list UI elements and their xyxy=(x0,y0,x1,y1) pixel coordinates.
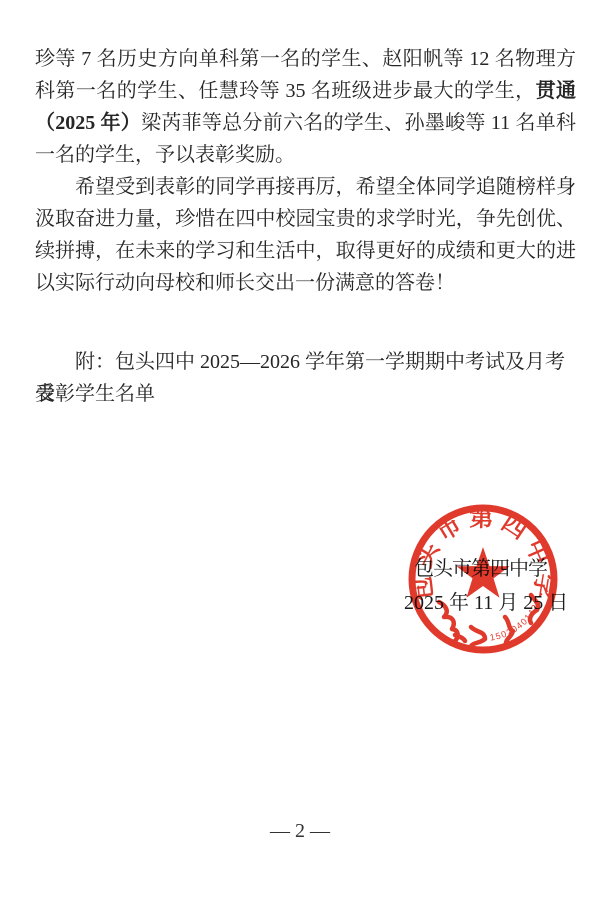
seal-star-icon xyxy=(456,547,509,598)
page-number: — 2 — xyxy=(0,820,600,843)
paragraph-line: 科第一名的学生、任慧玲等 35 名班级进步最大的学生，贯通班 xyxy=(35,75,576,107)
paragraph-line: （2025 年）梁芮菲等总分前六名的学生、孙墨峻等 11 名单科第 xyxy=(35,107,576,139)
attachment-note: 附：包头四中 2025—2026 学年第一学期期中考试及月考受 表彰学生名单 xyxy=(35,346,576,410)
paragraph-line: 续拼搏，在未来的学习和生活中，取得更好的成绩和更大的进步， xyxy=(35,235,576,267)
paragraph-line: 希望受到表彰的同学再接再厉，希望全体同学追随榜样身影， xyxy=(35,171,576,203)
paragraph-line: 一名的学生，予以表彰奖励。 xyxy=(35,139,576,171)
line-text: 科第一名的学生、任慧玲等 35 名班级进步最大的学生， xyxy=(35,80,536,102)
line-text: 表彰学生名单 xyxy=(35,383,155,405)
paragraph-line: 以实际行动向母校和师长交出一份满意的答卷！ xyxy=(35,267,576,299)
line-text: 珍等 7 名历史方向单科第一名的学生、赵阳帆等 12 名物理方向单 xyxy=(35,48,576,75)
line-text: 续拼搏，在未来的学习和生活中，取得更好的成绩和更大的进步， xyxy=(35,240,576,267)
line-text-bold: （2025 年） xyxy=(35,112,141,134)
line-text: 希望受到表彰的同学再接再厉，希望全体同学追随榜样身影， xyxy=(35,176,576,203)
paragraph-line: 汲取奋进力量，珍惜在四中校园宝贵的求学时光，争先创优、接 xyxy=(35,203,576,235)
line-text: 汲取奋进力量，珍惜在四中校园宝贵的求学时光，争先创优、接 xyxy=(35,208,576,235)
paragraph-line: 珍等 7 名历史方向单科第一名的学生、赵阳帆等 12 名物理方向单 xyxy=(35,43,576,75)
line-text: 一名的学生，予以表彰奖励。 xyxy=(35,144,295,166)
document-page: 珍等 7 名历史方向单科第一名的学生、赵阳帆等 12 名物理方向单 科第一名的学… xyxy=(0,0,600,900)
body-text: 珍等 7 名历史方向单科第一名的学生、赵阳帆等 12 名物理方向单 科第一名的学… xyxy=(35,43,576,299)
official-seal: 包头市第四中学 1502040142380 xyxy=(393,489,573,669)
paragraph-line: 附：包头四中 2025—2026 学年第一学期期中考试及月考受 xyxy=(35,346,576,378)
line-text: 以实际行动向母校和师长交出一份满意的答卷！ xyxy=(35,272,455,294)
paragraph-line: 表彰学生名单 xyxy=(35,378,576,410)
